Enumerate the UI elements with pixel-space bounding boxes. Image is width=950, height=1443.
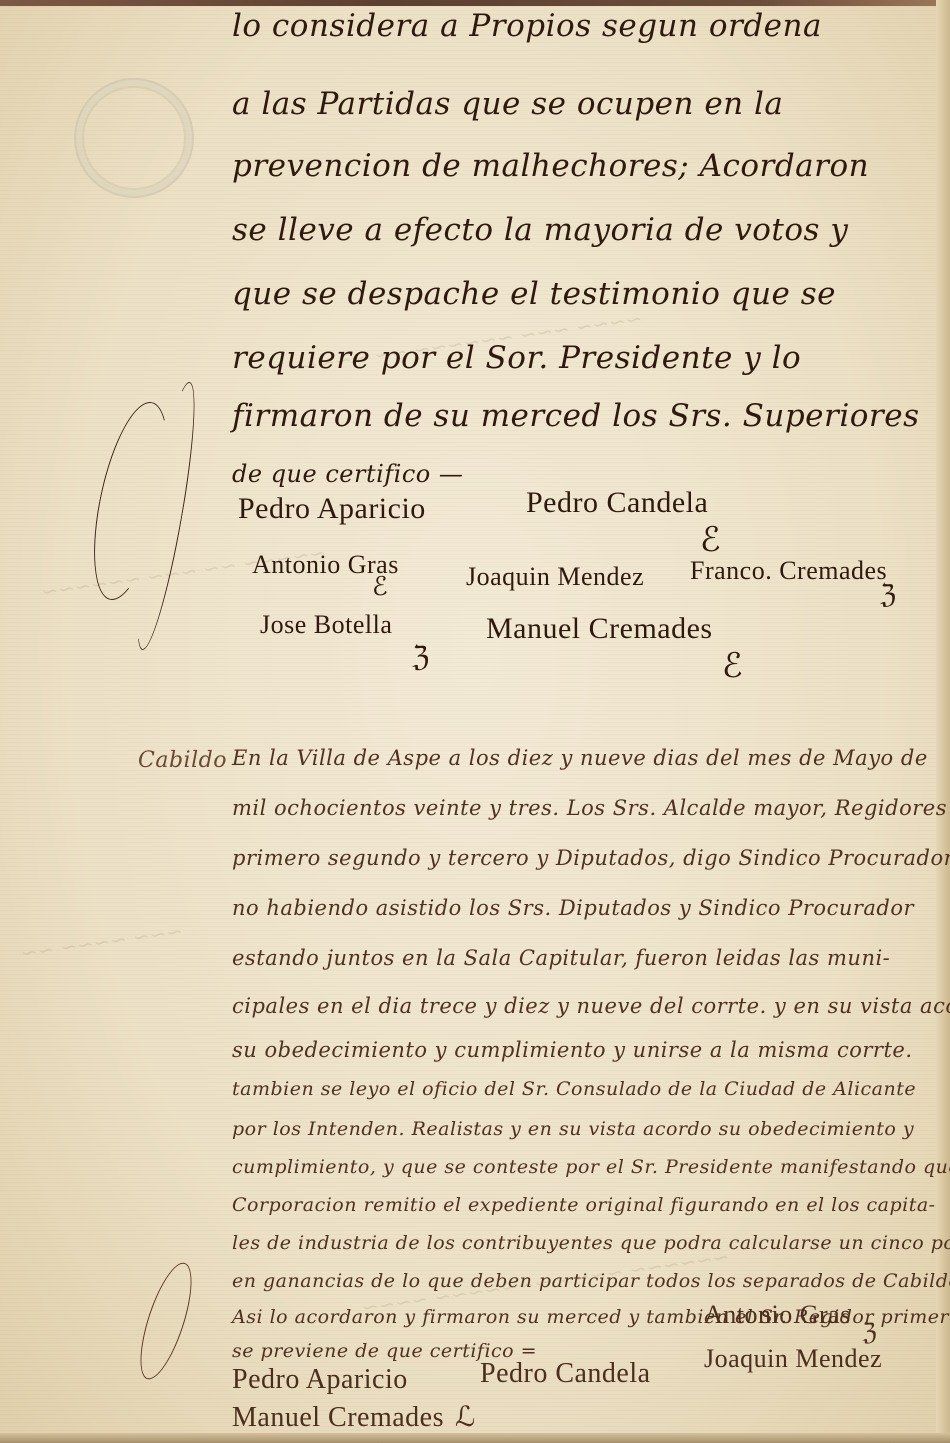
signature: Joaquin Mendez [704, 1344, 882, 1374]
act2-line: mil ochocientos veinte y tres. Los Srs. … [232, 796, 947, 820]
rubric-icon: ℰ [372, 572, 388, 602]
act2-line: cipales en el dia trece y diez y nueve d… [232, 994, 950, 1018]
signature: Antonio Gras [704, 1300, 851, 1330]
act2-line: estando juntos en la Sala Capitular, fue… [232, 946, 890, 970]
act1-line: lo considera a Propios segun ordena [232, 8, 822, 44]
act1-line: de que certifico — [232, 460, 463, 488]
bleed-through-text: ~~~ ~~~~ ~~ [19, 919, 184, 966]
act2-line: cumplimiento, y que se conteste por el S… [232, 1156, 950, 1178]
act1-line: a las Partidas que se ocupen en la [232, 86, 783, 122]
margin-flourish-icon [130, 1257, 202, 1384]
act2-line: no habiendo asistido los Srs. Diputados … [232, 896, 914, 920]
signature: Joaquin Mendez [466, 562, 644, 592]
rubric-icon: ℒ [455, 1400, 475, 1433]
act1-line: que se despache el testimonio que se [232, 276, 836, 312]
act2-line: en ganancias de lo que deben participar … [232, 1270, 950, 1292]
embossed-seal-icon [74, 78, 194, 198]
rubric-icon: ℨ [880, 580, 896, 610]
signature: Pedro Aparicio [238, 492, 426, 526]
act2-line: Corporacion remitio el expediente origin… [232, 1194, 936, 1216]
rubric-icon: ℰ [722, 646, 743, 686]
signature: Pedro Candela [480, 1358, 651, 1390]
act1-line: requiere por el Sor. Presidente y lo [232, 340, 801, 376]
rubric-icon: ℰ [700, 520, 721, 560]
signature: Pedro Candela [526, 486, 708, 520]
rubric-icon: ℨ [412, 640, 429, 673]
signature: Franco. Cremades [690, 556, 887, 586]
signature: Jose Botella [260, 610, 392, 640]
signature: Manuel Cremades [232, 1402, 444, 1434]
act2-line: por los Intenden. Realistas y en su vist… [232, 1118, 914, 1140]
act1-line: firmaron de su merced los Srs. Superiore… [232, 398, 920, 434]
page-bottom-edge [0, 1433, 950, 1443]
act2-line: tambien se leyo el oficio del Sr. Consul… [232, 1078, 916, 1100]
manuscript-page: ~~~~ ~~~ ~~~~~~ ~~ ~~~~ ~~~~~ ~~ ~~~ ~~~… [0, 0, 950, 1443]
rubric-icon: ℨ [862, 1318, 877, 1346]
margin-note: Cabildo [138, 748, 227, 773]
signature: Pedro Aparicio [232, 1364, 408, 1396]
act1-line: se lleve a efecto la mayoria de votos y [232, 212, 848, 248]
act1-line: prevencion de malhechores; Acordaron [232, 148, 869, 184]
act2-line: les de industria de los contribuyentes q… [232, 1232, 950, 1254]
signature: Manuel Cremades [486, 612, 713, 646]
act2-line: primero segundo y tercero y Diputados, d… [232, 846, 950, 870]
page-top-edge [0, 0, 950, 6]
act2-line: su obedecimiento y cumplimiento y unirse… [232, 1038, 913, 1062]
act2-line: En la Villa de Aspe a los diez y nueve d… [232, 746, 928, 770]
page-right-edge [936, 0, 950, 1443]
